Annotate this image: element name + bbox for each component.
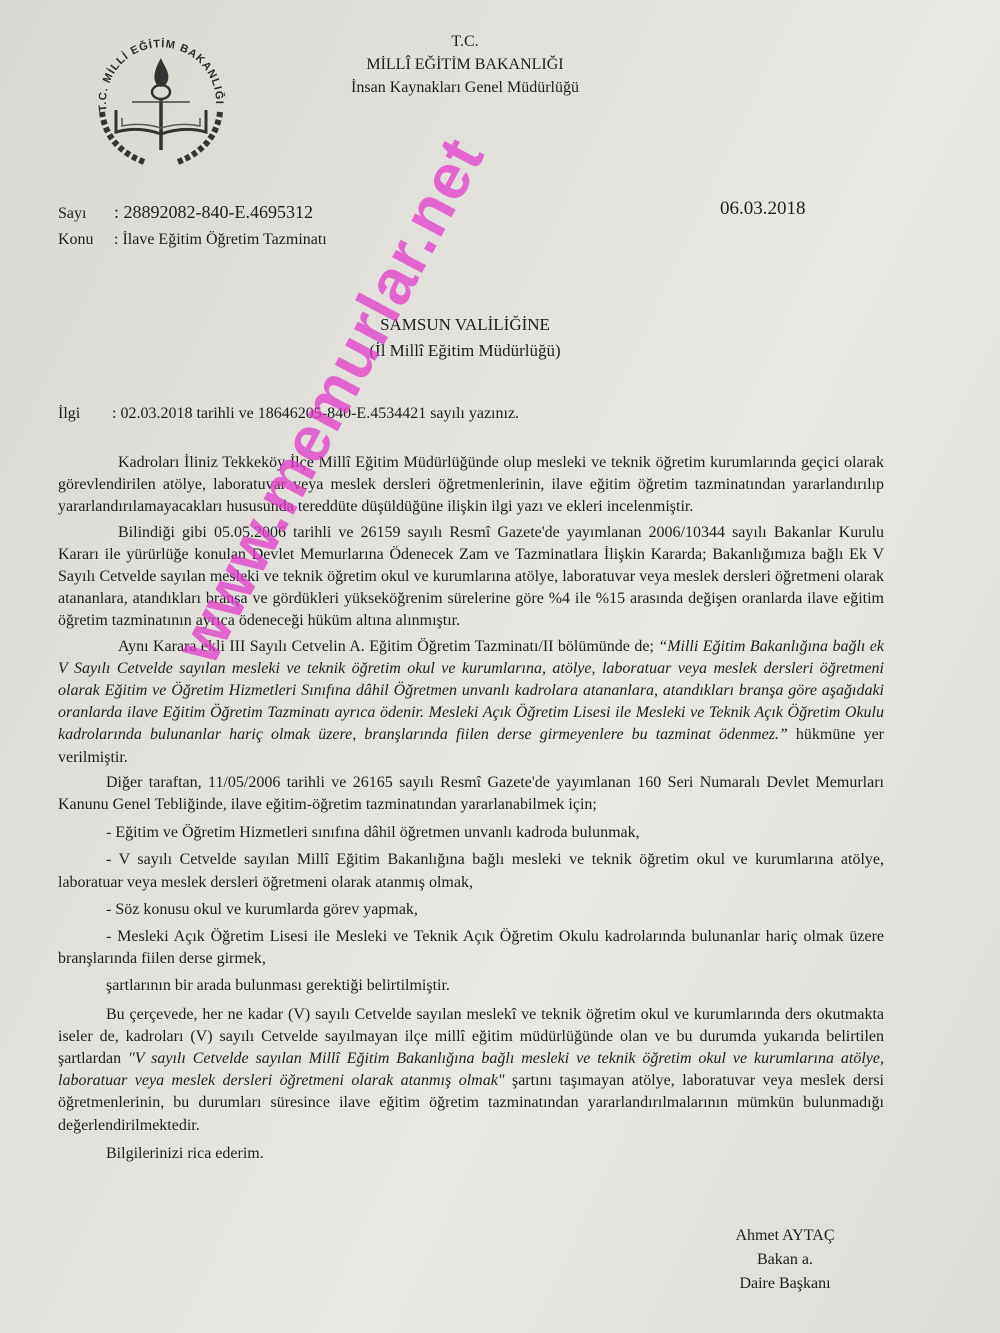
- paragraph-6: Bu çerçevede, her ne kadar (V) sayılı Ce…: [58, 1004, 884, 1137]
- condition-item: - Mesleki Açık Öğretim Lisesi ile Meslek…: [58, 926, 884, 970]
- subject: Konu: İlave Eğitim Öğretim Tazminatı: [58, 231, 327, 249]
- reference-number-label: Sayı: [58, 205, 114, 223]
- letter-date: 06.03.2018: [720, 198, 806, 220]
- reference-number-value: : 28892082-840-E.4695312: [114, 202, 313, 222]
- signature-block: Ahmet AYTAÇ Bakan a. Daire Başkanı: [725, 1224, 845, 1296]
- paragraph-3-intro: Aynı Karara ekli III Sayılı Cetvelin A. …: [118, 638, 658, 655]
- letterhead-department: İnsan Kaynakları Genel Müdürlüğü: [300, 76, 630, 99]
- addressee-line1: SAMSUN VALİLİĞİNE: [300, 312, 630, 338]
- condition-item: - Eğitim ve Öğretim Hizmetleri sınıfına …: [58, 822, 884, 844]
- addressee-line2: (İl Millî Eğitim Müdürlüğü): [300, 338, 630, 364]
- letterhead: T.C. MİLLÎ EĞİTİM BAKANLIĞI İnsan Kaynak…: [300, 30, 630, 99]
- signatory-title: Daire Başkanı: [725, 1272, 845, 1296]
- signatory-name: Ahmet AYTAÇ: [725, 1224, 845, 1248]
- subject-value: : İlave Eğitim Öğretim Tazminatı: [114, 231, 327, 248]
- related-reference-value: : 02.03.2018 tarihli ve 18646205-840-E.4…: [112, 405, 519, 422]
- subject-label: Konu: [58, 231, 114, 249]
- related-reference-label: İlgi: [58, 405, 112, 423]
- reference-number: Sayı: 28892082-840-E.4695312: [58, 202, 313, 223]
- related-reference: İlgi: 02.03.2018 tarihli ve 18646205-840…: [58, 405, 519, 423]
- letter-page: T.C. MİLLİ EĞİTİM BAKANLIĞI T.C. MİLLÎ E…: [0, 0, 1000, 1333]
- letterhead-state: T.C.: [300, 30, 630, 53]
- signatory-authority: Bakan a.: [725, 1248, 845, 1272]
- paragraph-1: Kadroları İliniz Tekkeköy İlçe Millî Eği…: [58, 452, 884, 519]
- paragraph-3: Aynı Karara ekli III Sayılı Cetvelin A. …: [58, 636, 884, 769]
- closing-line: Bilgilerinizi rica ederim.: [58, 1143, 884, 1165]
- paragraph-4: Diğer taraftan, 11/05/2006 tarihli ve 26…: [58, 772, 884, 816]
- paragraph-5: şartlarının bir arada bulunması gerektiğ…: [58, 975, 884, 997]
- condition-item: - Söz konusu okul ve kurumlarda görev ya…: [58, 899, 884, 921]
- letterhead-ministry: MİLLÎ EĞİTİM BAKANLIĞI: [300, 53, 630, 76]
- meb-emblem-icon: T.C. MİLLİ EĞİTİM BAKANLIĞI: [86, 22, 236, 172]
- paragraph-2: Bilindiği gibi 05.05.2006 tarihli ve 261…: [58, 522, 884, 633]
- condition-item: - V sayılı Cetvelde sayılan Millî Eğitim…: [58, 849, 884, 893]
- letter-body: Kadroları İliniz Tekkeköy İlçe Millî Eği…: [58, 452, 884, 1171]
- addressee: SAMSUN VALİLİĞİNE (İl Millî Eğitim Müdür…: [300, 312, 630, 364]
